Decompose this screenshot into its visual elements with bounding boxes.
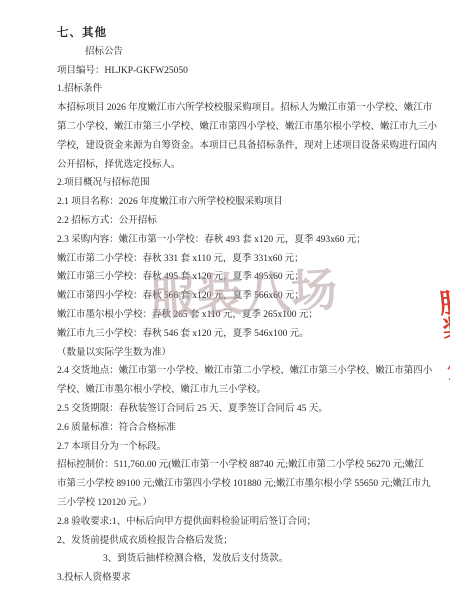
edge-stamp-text: 服装八场 — [432, 286, 450, 398]
edge-stamp: 服装八场 — [432, 286, 450, 404]
doc-line: 第二小学校、嫩江市第三小学校、嫩江市第四小学校、嫩江市墨尔根小学校、嫩江市九三小 — [57, 118, 410, 137]
doc-line: 1.招标条件 — [57, 80, 410, 99]
doc-line: 招标控制价：511,760.00 元(嫩江市第一小学校 88740 元;嫩江市第… — [57, 456, 410, 475]
doc-line: 嫩江市第三小学校：春秋 495 套 x120 元，夏季 495x60 元； — [57, 268, 410, 287]
document-body: 七、其他招标公告项目编号：HLJKP-GKFW250501.招标条件本招标项目 … — [57, 24, 410, 588]
doc-line: （数量以实际学生数为准） — [57, 344, 410, 363]
doc-line: 公开招标，择优选定投标人。 — [57, 156, 410, 175]
doc-line: 学校，建设资金来源为自筹资金。本项目已具备招标条件，现对上述项目设备采购进行国内 — [57, 137, 410, 156]
doc-line: 三小学校 120120 元。） — [57, 494, 410, 513]
doc-line: 2.5 交货期限：春秋装签订合同后 25 天、夏季签订合同后 45 天。 — [57, 400, 410, 419]
doc-line: 嫩江市墨尔根小学校：春秋 265 套 x110 元，夏季 265x100 元； — [57, 306, 410, 325]
doc-line: 2、发货前提供成衣质检报告合格后发货； — [57, 532, 410, 551]
doc-line: 嫩江市第四小学校：春秋 566 套 x120 元，夏季 566x60 元； — [57, 287, 410, 306]
doc-line: 项目编号：HLJKP-GKFW25050 — [57, 62, 410, 81]
doc-line: 3、到货后抽样检测合格，发放后支付货款。 — [57, 550, 410, 569]
doc-line: 2.项目概况与招标范围 — [57, 174, 410, 193]
doc-line: 招标公告 — [57, 43, 410, 62]
doc-line: 嫩江市九三小学校：春秋 546 套 x120 元，夏季 546x100 元。 — [57, 325, 410, 344]
doc-line: 2.1 项目名称：2026 年度嫩江市六所学校校服采购项目 — [57, 193, 410, 212]
doc-line: 市第三小学校 89100 元;嫩江市第四小学校 101880 元;嫩江市墨尔根小… — [57, 475, 410, 494]
doc-line: 2.7 本项目分为一个标段。 — [57, 438, 410, 457]
doc-line: 2.8 验收要求:1、中标后向甲方提供面料检验证明后签订合同； — [57, 513, 410, 532]
doc-line: 3.投标人资格要求 — [57, 569, 410, 588]
doc-line: 2.4 交货地点：嫩江市第一小学校、嫩江市第二小学校、嫩江市第三小学校、嫩江市第… — [57, 362, 410, 381]
doc-line: 七、其他 — [57, 24, 410, 43]
document-page: 七、其他招标公告项目编号：HLJKP-GKFW250501.招标条件本招标项目 … — [0, 0, 450, 600]
doc-line: 本招标项目 2026 年度嫩江市六所学校校服采购项目。招标人为嫩江市第一小学校、… — [57, 99, 410, 118]
doc-line: 嫩江市第二小学校：春秋 331 套 x110 元，夏季 331x60 元； — [57, 250, 410, 269]
doc-line: 2.6 质量标准：符合合格标准 — [57, 419, 410, 438]
doc-line: 2.2 招标方式：公开招标 — [57, 212, 410, 231]
doc-line: 2.3 采购内容：嫩江市第一小学校：春秋 493 套 x120 元，夏季 493… — [57, 231, 410, 250]
doc-line: 学校、嫩江市墨尔根小学校、嫩江市九三小学校。 — [57, 381, 410, 400]
